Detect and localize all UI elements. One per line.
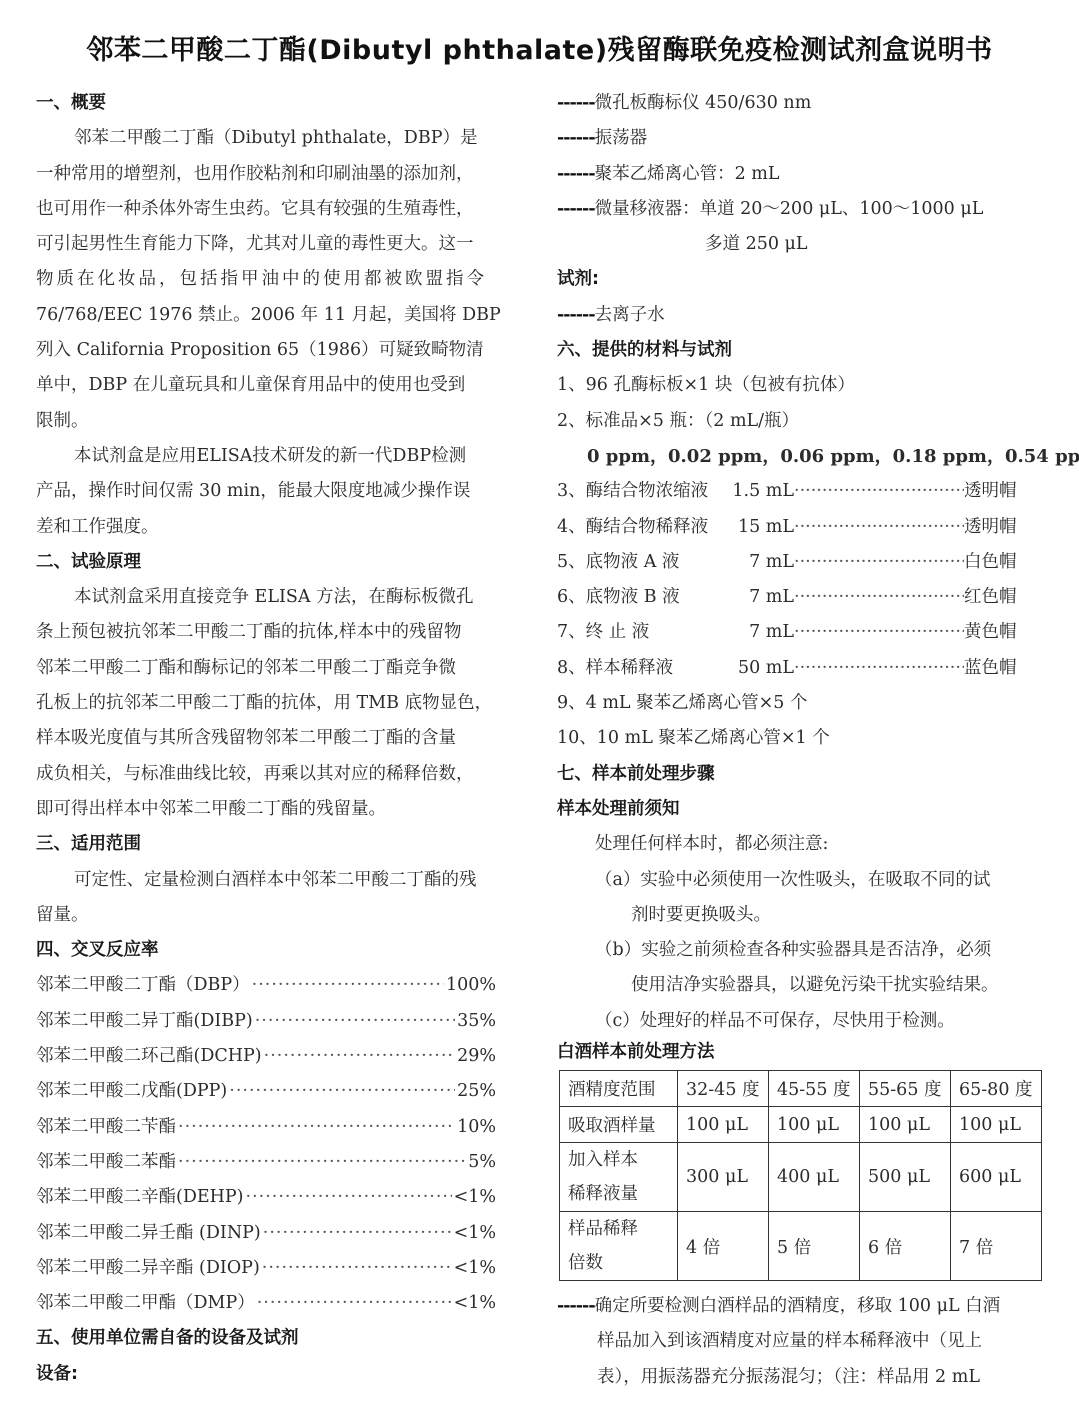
paragraph-line: 也可用作一种杀体外寄生虫药。它具有较强的生殖毒性， — [36, 192, 496, 227]
paragraph-line: 限制。 — [36, 404, 496, 439]
cross-reactivity-row: 邻苯二甲酸二辛酯(DEHP)<1% — [36, 1180, 496, 1215]
table-cell: 400 μL — [769, 1143, 860, 1212]
leader-dots — [263, 1216, 452, 1251]
cap-color: 蓝色帽 — [964, 651, 1017, 686]
reagent-volume: 7 mL — [709, 580, 794, 615]
compound-name: 邻苯二甲酸二异壬酯 (DINP) — [36, 1216, 261, 1251]
cross-reactivity-row: 邻苯二甲酸二戊酯(DPP)25% — [36, 1074, 496, 1109]
reactivity-value: 10% — [457, 1110, 496, 1145]
paragraph-line: 单中，DBP 在儿童玩具和儿童保育用品中的使用也受到 — [36, 368, 496, 403]
table-cell: 45-55 度 — [769, 1071, 860, 1107]
equipment-item: 振荡器 — [557, 121, 1047, 156]
notice-intro: 处理任何样本时，都必须注意: — [557, 827, 1047, 862]
reagent-volume: 7 mL — [709, 545, 794, 580]
procedure-step: 确定所要检测白酒样品的酒精度，移取 100 μL 白酒 — [557, 1289, 1057, 1324]
reagent-volume: 15 mL — [709, 510, 794, 545]
compound-name: 邻苯二甲酸二异丁酯(DIBP) — [36, 1004, 253, 1039]
paragraph-line: 物质在化妆品，包括指甲油中的使用都被欧盟指令 — [36, 262, 496, 297]
table-cell: 吸取酒样量 — [560, 1107, 678, 1143]
cross-reactivity-row: 邻苯二甲酸二丁酯（DBP）100% — [36, 968, 496, 1003]
reactivity-value: 35% — [457, 1004, 496, 1039]
table-cell: 300 μL — [678, 1143, 769, 1212]
procedure-step-cont: 表），用振荡器充分振荡混匀；（注：样品用 2 mL — [557, 1360, 1057, 1395]
cap-color: 红色帽 — [964, 580, 1017, 615]
paragraph-line: 成负相关，与标准曲线比较，再乘以其对应的稀释倍数， — [36, 757, 496, 792]
reactivity-value: <1% — [454, 1216, 496, 1251]
paragraph-line: 76/768/EEC 1976 禁止。2006 年 11 月起，美国将 DBP — [36, 298, 496, 333]
left-column: 一、概要 邻苯二甲酸二丁酯（Dibutyl phthalate，DBP）是 一种… — [36, 86, 496, 1392]
cross-reactivity-row: 邻苯二甲酸二异壬酯 (DINP)<1% — [36, 1216, 496, 1251]
table-cell: 100 μL — [678, 1107, 769, 1143]
table-row: 加入样本稀释液量 300 μL 400 μL 500 μL 600 μL — [560, 1143, 1042, 1212]
table-cell: 6 倍 — [860, 1212, 951, 1281]
cap-color: 黄色帽 — [964, 615, 1017, 650]
kit-reagent-row: 8、样本稀释液50 mL蓝色帽 — [557, 651, 1047, 686]
procedure-block: 确定所要检测白酒样品的酒精度，移取 100 μL 白酒 样品加入到该酒精度对应量… — [557, 1289, 1057, 1395]
table-cell: 55-65 度 — [860, 1071, 951, 1107]
table-cell: 7 倍 — [951, 1212, 1042, 1281]
table-row: 吸取酒样量 100 μL 100 μL 100 μL 100 μL — [560, 1107, 1042, 1143]
compound-name: 邻苯二甲酸二辛酯(DEHP) — [36, 1180, 244, 1215]
compound-name: 邻苯二甲酸二苯酯 — [36, 1145, 176, 1180]
subheading-liquor-method: 白酒样本前处理方法 — [557, 1039, 1047, 1065]
paragraph-line: 条上预包被抗邻苯二甲酸二丁酯的抗体,样本中的残留物 — [36, 615, 496, 650]
standard-concentrations: 0 ppm，0.02 ppm，0.06 ppm，0.18 ppm，0.54 pp… — [557, 439, 1047, 474]
subheading-notice: 样本处理前须知 — [557, 792, 1047, 827]
table-cell: 100 μL — [951, 1107, 1042, 1143]
leader-dots — [794, 545, 964, 580]
paragraph-line: 留量。 — [36, 898, 496, 933]
reagent-item: 去离子水 — [557, 298, 1047, 333]
table-cell: 5 倍 — [769, 1212, 860, 1281]
reactivity-value: <1% — [454, 1286, 496, 1321]
equipment-item: 聚苯乙烯离心管：2 mL — [557, 157, 1047, 192]
cap-color: 透明帽 — [964, 510, 1017, 545]
reagent-name: 6、底物液 B 液 — [557, 580, 709, 615]
kit-reagent-row: 5、底物液 A 液7 mL白色帽 — [557, 545, 1047, 580]
subheading-equipment: 设备: — [36, 1357, 496, 1392]
kit-reagent-row: 7、终 止 液7 mL黄色帽 — [557, 615, 1047, 650]
notice-item-a: （a）实验中必须使用一次性吸头，在吸取不同的试 — [557, 863, 1047, 898]
table-cell: 32-45 度 — [678, 1071, 769, 1107]
cross-reactivity-row: 邻苯二甲酸二环己酯(DCHP)29% — [36, 1039, 496, 1074]
reagent-name: 5、底物液 A 液 — [557, 545, 709, 580]
paragraph-line: 邻苯二甲酸二丁酯和酶标记的邻苯二甲酸二丁酯竞争微 — [36, 651, 496, 686]
leader-dots — [252, 968, 444, 1003]
reagent-volume: 50 mL — [709, 651, 794, 686]
notice-item-b-cont: 使用洁净实验器具，以避免污染干扰实验结果。 — [557, 968, 1047, 1003]
paragraph-line: 列入 California Proposition 65（1986）可疑致畸物清 — [36, 333, 496, 368]
table-cell: 600 μL — [951, 1143, 1042, 1212]
paragraph-line: 产品，操作时间仅需 30 min，能最大限度地减少操作误 — [36, 474, 496, 509]
notice-item-a-cont: 剂时要更换吸头。 — [557, 898, 1047, 933]
paragraph-line: 一种常用的增塑剂，也用作胶粘剂和印刷油墨的添加剂， — [36, 157, 496, 192]
cross-reactivity-row: 邻苯二甲酸二异丁酯(DIBP)35% — [36, 1004, 496, 1039]
leader-dots — [794, 510, 964, 545]
reactivity-value: 5% — [468, 1145, 496, 1180]
compound-name: 邻苯二甲酸二丁酯（DBP） — [36, 968, 250, 1003]
table-cell: 酒精度范围 — [560, 1071, 678, 1107]
paragraph-line: 即可得出样本中邻苯二甲酸二丁酯的残留量。 — [36, 792, 496, 827]
reagent-volume: 7 mL — [709, 615, 794, 650]
reagent-name: 3、酶结合物浓缩液 — [557, 474, 709, 509]
cell-line: 样品稀释 — [568, 1212, 669, 1246]
paragraph-line: 本试剂盒是应用ELISA技术研发的新一代DBP检测 — [36, 439, 496, 474]
table-header-row: 酒精度范围 32-45 度 45-55 度 55-65 度 65-80 度 — [560, 1071, 1042, 1107]
kit-item: 1、96 孔酶标板×1 块（包被有抗体） — [557, 368, 1047, 403]
compound-name: 邻苯二甲酸二甲酯（DMP） — [36, 1286, 255, 1321]
subheading-reagents: 试剂: — [557, 262, 1047, 297]
right-column: 微孔板酶标仪 450/630 nm 振荡器 聚苯乙烯离心管：2 mL 微量移液器… — [557, 86, 1047, 1065]
document-title: 邻苯二甲酸二丁酯(Dibutyl phthalate)残留酶联免疫检测试剂盒说明… — [0, 28, 1079, 67]
leader-dots — [794, 474, 964, 509]
liquor-pretreatment-table: 酒精度范围 32-45 度 45-55 度 55-65 度 65-80 度 吸取… — [559, 1070, 1042, 1281]
table-row: 样品稀释倍数 4 倍 5 倍 6 倍 7 倍 — [560, 1212, 1042, 1281]
leader-dots — [178, 1145, 466, 1180]
kit-item: 9、4 mL 聚苯乙烯离心管×5 个 — [557, 686, 1047, 721]
section-heading-cross-reactivity: 四、交叉反应率 — [36, 933, 496, 968]
reagent-name: 4、酶结合物稀释液 — [557, 510, 709, 545]
section-heading-materials: 六、提供的材料与试剂 — [557, 333, 1047, 368]
table-cell: 500 μL — [860, 1143, 951, 1212]
compound-name: 邻苯二甲酸二戊酯(DPP) — [36, 1074, 227, 1109]
kit-reagent-row: 3、酶结合物浓缩液1.5 mL透明帽 — [557, 474, 1047, 509]
leader-dots — [246, 1180, 452, 1215]
compound-name: 邻苯二甲酸二苄酯 — [36, 1110, 176, 1145]
kit-reagent-row: 4、酶结合物稀释液15 mL透明帽 — [557, 510, 1047, 545]
table-cell: 65-80 度 — [951, 1071, 1042, 1107]
cap-color: 透明帽 — [964, 474, 1017, 509]
leader-dots — [794, 580, 964, 615]
table-cell: 样品稀释倍数 — [560, 1212, 678, 1281]
equipment-item-continued: 多道 250 μL — [557, 227, 1047, 262]
section-heading-overview: 一、概要 — [36, 86, 496, 121]
cross-reactivity-row: 邻苯二甲酸二苄酯10% — [36, 1110, 496, 1145]
reactivity-value: <1% — [454, 1251, 496, 1286]
cell-line: 加入样本 — [568, 1143, 669, 1177]
cross-reactivity-row: 邻苯二甲酸二苯酯5% — [36, 1145, 496, 1180]
kit-item: 10、10 mL 聚苯乙烯离心管×1 个 — [557, 721, 1047, 756]
section-heading-principle: 二、试验原理 — [36, 545, 496, 580]
notice-item-b: （b）实验之前须检查各种实验器具是否洁净，必须 — [557, 933, 1047, 968]
compound-name: 邻苯二甲酸二异辛酯 (DIOP) — [36, 1251, 260, 1286]
paragraph-line: 可定性、定量检测白酒样本中邻苯二甲酸二丁酯的残 — [36, 863, 496, 898]
reactivity-value: <1% — [454, 1180, 496, 1215]
table-cell: 加入样本稀释液量 — [560, 1143, 678, 1212]
paragraph-line: 样本吸光度值与其所含残留物邻苯二甲酸二丁酯的含量 — [36, 721, 496, 756]
equipment-item: 微孔板酶标仪 450/630 nm — [557, 86, 1047, 121]
table-cell: 100 μL — [860, 1107, 951, 1143]
reactivity-value: 29% — [457, 1039, 496, 1074]
leader-dots — [794, 615, 964, 650]
section-heading-scope: 三、适用范围 — [36, 827, 496, 862]
kit-item: 2、标准品×5 瓶：（2 mL/瓶） — [557, 404, 1047, 439]
reactivity-value: 100% — [446, 968, 496, 1003]
leader-dots — [794, 651, 964, 686]
leader-dots — [257, 1286, 452, 1321]
procedure-step-cont: 样品加入到该酒精度对应量的样本稀释液中（见上 — [557, 1324, 1057, 1359]
notice-item-c: （c）处理好的样品不可保存，尽快用于检测。 — [557, 1004, 1047, 1039]
reagent-name: 7、终 止 液 — [557, 615, 709, 650]
leader-dots — [264, 1039, 455, 1074]
cell-line: 稀释液量 — [568, 1177, 669, 1211]
section-heading-pretreatment: 七、样本前处理步骤 — [557, 757, 1047, 792]
leader-dots — [229, 1074, 455, 1109]
section-heading-user-supplied: 五、使用单位需自备的设备及试剂 — [36, 1321, 496, 1356]
paragraph-line: 可引起男性生育能力下降，尤其对儿童的毒性更大。这一 — [36, 227, 496, 262]
leader-dots — [255, 1004, 455, 1039]
reagent-volume: 1.5 mL — [709, 474, 794, 509]
compound-name: 邻苯二甲酸二环己酯(DCHP) — [36, 1039, 262, 1074]
kit-reagent-row: 6、底物液 B 液7 mL红色帽 — [557, 580, 1047, 615]
paragraph-line: 差和工作强度。 — [36, 510, 496, 545]
cap-color: 白色帽 — [964, 545, 1017, 580]
cell-line: 倍数 — [568, 1246, 669, 1280]
paragraph-line: 本试剂盒采用直接竞争 ELISA 方法，在酶标板微孔 — [36, 580, 496, 615]
cross-reactivity-row: 邻苯二甲酸二异辛酯 (DIOP)<1% — [36, 1251, 496, 1286]
reagent-name: 8、样本稀释液 — [557, 651, 709, 686]
equipment-item: 微量移液器：单道 20～200 μL、100～1000 μL — [557, 192, 1047, 227]
paragraph-line: 邻苯二甲酸二丁酯（Dibutyl phthalate，DBP）是 — [36, 121, 496, 156]
leader-dots — [178, 1110, 455, 1145]
table-cell: 4 倍 — [678, 1212, 769, 1281]
cross-reactivity-row: 邻苯二甲酸二甲酯（DMP）<1% — [36, 1286, 496, 1321]
reactivity-value: 25% — [457, 1074, 496, 1109]
paragraph-line: 孔板上的抗邻苯二甲酸二丁酯的抗体，用 TMB 底物显色， — [36, 686, 496, 721]
table-cell: 100 μL — [769, 1107, 860, 1143]
leader-dots — [262, 1251, 452, 1286]
